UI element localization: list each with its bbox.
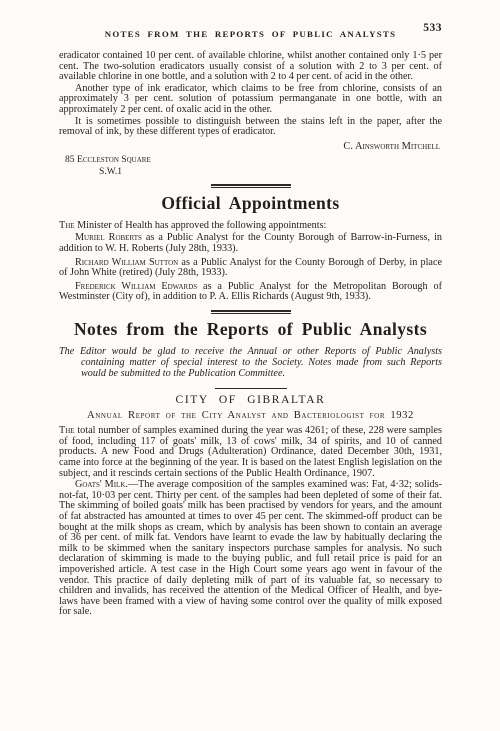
section-divider [215, 388, 287, 389]
ink-eradicator-article: eradicator contained 10 per cent. of ava… [59, 51, 442, 177]
address-line-2: S.W.1 [99, 166, 442, 177]
goats-milk-paragraph: Goats' Milk.—The average composition of … [59, 480, 442, 618]
intro-paragraph-3: It is sometimes possible to distinguish … [59, 117, 442, 138]
gibraltar-report: CITY OF GIBRALTAR Annual Report of the C… [59, 394, 442, 618]
section-divider [211, 310, 291, 314]
gibraltar-paragraph: The total number of samples examined dur… [59, 426, 442, 479]
intro-paragraph-1: eradicator contained 10 per cent. of ava… [59, 51, 442, 83]
goats-milk-lead: Goats' Milk. [75, 479, 128, 490]
appointment-entry: Muriel Roberts as a Public Analyst for t… [59, 233, 442, 254]
editor-note: The Editor would be glad to receive the … [59, 347, 442, 379]
lead-word: The [59, 425, 75, 436]
appointment-entry: Richard William Sutton as a Public Analy… [59, 258, 442, 279]
appointee-name: Muriel Roberts [75, 232, 142, 243]
section-divider [211, 184, 291, 188]
official-appointments-section: Official Appointments The Minister of He… [59, 194, 442, 303]
intro-paragraph-2: Another type of ink eradicator, which cl… [59, 84, 442, 116]
author-signature: C. Ainsworth Mitchell [59, 141, 442, 152]
running-title: NOTES FROM THE REPORTS OF PUBLIC ANALYST… [105, 29, 397, 39]
city-heading: CITY OF GIBRALTAR [59, 394, 442, 406]
goats-milk-text: —The average composition of the samples … [59, 479, 442, 617]
journal-page: NOTES FROM THE REPORTS OF PUBLIC ANALYST… [0, 0, 500, 731]
notes-reports-section: Notes from the Reports of Public Analyst… [59, 320, 442, 379]
appointment-entry: Frederick William Edwards as a Public An… [59, 282, 442, 303]
appointee-name: Richard William Sutton [75, 257, 178, 268]
address-line-1: 85 Eccleston Square [65, 154, 442, 165]
page-number: 533 [423, 22, 442, 34]
gibraltar-text: total number of samples examined during … [59, 425, 442, 478]
notes-reports-title: Notes from the Reports of Public Analyst… [59, 320, 442, 339]
appointments-lead: The Minister of Health has approved the … [59, 221, 442, 232]
lead-text: Minister of Health has approved the foll… [75, 220, 327, 231]
page-content: NOTES FROM THE REPORTS OF PUBLIC ANALYST… [59, 24, 442, 619]
annual-report-subheading: Annual Report of the City Analyst and Ba… [59, 410, 442, 421]
lead-word: The [59, 220, 75, 231]
appointee-name: Frederick William Edwards [75, 281, 197, 292]
official-appointments-title: Official Appointments [59, 194, 442, 213]
running-header: NOTES FROM THE REPORTS OF PUBLIC ANALYST… [59, 24, 442, 36]
